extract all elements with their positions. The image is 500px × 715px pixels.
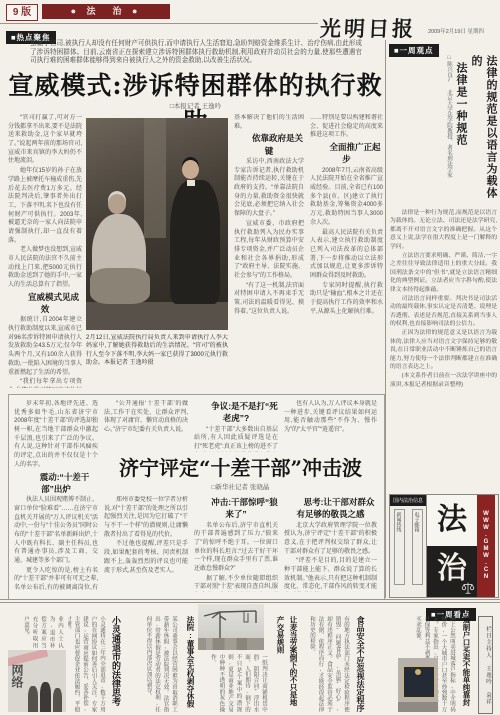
subhead-shock-list: 震动:“十差干部”出炉: [14, 471, 98, 496]
subhead-government-key: 依靠政府是关键: [234, 132, 304, 157]
paragraph: 正因为法律的规范意义是以语言为载体的,法律人应当对语言文字保持足够的敬畏,在日常…: [390, 329, 497, 371]
promo-char-zhi: 治: [427, 546, 477, 597]
paragraph: 最高人民法院有关负责人表示,建立执行救助制度已列入司法改革的总体部署,下一步将推…: [310, 229, 383, 281]
subhead-reflection-awe: 思考:让干部对群众有足够的敬畏之感: [284, 496, 377, 521]
article2-col3-bottom: 冲击:干部惊呼“狼来了” 名单公布后,济宁市直机关的干部普遍感到了压力,“狼来了…: [194, 496, 278, 592]
paragraph: “十差干部”大多数出自基层站所,有人因此质疑评选是在打“死老虎”:真正该上榜的进…: [194, 426, 278, 452]
spot5-headline: 小灵通退市的法律思考: [108, 616, 124, 712]
edition-number: 9 版: [6, 4, 38, 21]
article2-byline: □新华社记者 张晓晶: [104, 482, 377, 491]
masthead-logo: 光明日报: [319, 13, 433, 43]
paragraph: 不过他也提醒,评差只是手段,如果配套的考核、问责机制跟不上,轰轰烈烈的评议也可能…: [104, 540, 188, 575]
paragraph: “有了这一机制,法官面对特困申请人不再束手无策,司法的温暖看得见、摸得着。”这位…: [234, 282, 304, 317]
paragraph: “我们每年拿出专项资金,分期分批对特困申请执行人进行救助。”宣威市人民法院负责人…: [8, 378, 82, 388]
paragraph: 基本解决了他们的生活困难。: [234, 114, 304, 131]
promo-contact-lines: 新闻热线 电子邮箱: [390, 506, 426, 597]
paragraph: 2008年7月,云南省高级人民法院开始在全省推广宣威经验。目前,全省已有100多…: [310, 167, 383, 228]
newspaper-page: 9 版 ● 法 治 ● 光明日报 2009年2月19日 星期四 ■热点聚焦 虽赢…: [0, 0, 500, 715]
article2-col4-top: 也有人认为,万人评议本身就是一种进步,关键看评议结果如何运用,能否触动那些“不作…: [284, 400, 377, 452]
paragraph: 司法语言同样重要。判决书是司法活动的最终载体,事实认定是否清楚、说理是否透彻、表…: [390, 295, 497, 329]
paragraph: “评差不是目的,目的是建立一种干部能上能下、群众说了算的长效机制。”他表示,只有…: [284, 557, 377, 592]
spot4-body: 某公司董事会以经营困难为由取消职工带薪年休假,被法院判决无效。法官指出,带薪休假…: [134, 616, 178, 712]
spot5-body: 小灵通将在三年内全部退市,数千万用户的在网协议如何善后引人关注。专家建议,运营商…: [68, 616, 106, 712]
paragraph: 法律是一种行为规范,而规范是以语言为载体的。无论立法、司法还是法学研究,都离不开…: [390, 209, 497, 251]
weekly-view-headline: 法律的规范是以语言为载体的 法律是一种规范 □陈兴良/ 北京大学法学院教授、著名…: [388, 55, 500, 205]
construction-crane-photo: [198, 604, 264, 650]
scales-of-justice-icon: [461, 581, 475, 595]
paragraph: 更令人吃惊的是,榜上有名的“十差干部”并非可有可无之辈,名单公布后,有的被调离岗…: [14, 567, 98, 592]
article1-col1: “官司打赢了,可对方一分钱都拿不出来,要不是法院送来救助金,这个家早就垮了。”说…: [8, 114, 82, 388]
article2-col2-bottom: 郑州市委党校一位学者分析说,对“十差干部”的处理之所以引起强烈关注,是因为它打破…: [104, 496, 188, 592]
promo-hotline: 新闻热线: [394, 509, 405, 585]
spot4-headline: 法院:董事会无权剥夺休假权: [182, 616, 198, 712]
photo-person: [53, 688, 62, 712]
paragraph: 据了解,不少单位随即组织干部对照“十差”表现自查自纠,服务态度、办事效率明显改观…: [194, 575, 278, 592]
paragraph: 立法语言要求明确、严谨、简洁,一字之差往往导致法律适用上的重大分歧。我国刑法条文…: [390, 252, 497, 294]
promo-title-column: 法 治: [427, 495, 477, 597]
photo-official-collar: [187, 180, 195, 186]
promo-email: 电子邮箱: [412, 509, 423, 585]
photo-woman-lap: [90, 268, 150, 304]
promo-char-fa: 法: [427, 495, 477, 546]
spot1-headline: 遏制户口买卖不能单纯靠封堵: [458, 616, 474, 712]
article2-headline: 济宁评定“十差干部”冲击波: [104, 452, 377, 481]
paragraph: “官司打赢了,可对方一分钱都拿不出来,要不是法院送来救助金,这个家早就垮了。”说…: [8, 114, 82, 166]
article2-col3-top: 争议:是不是打“死老虎”? “十差干部”大多数出自基层站所,有人因此质疑评选是在…: [194, 400, 278, 452]
home-visit-photo: [86, 118, 228, 330]
photo-network-text: 网络: [9, 664, 26, 688]
article1-lede: 虽赢了官司,被执行人却没有任何财产可供执行,而申请执行人生活窘迫,急盼判赔资金维…: [30, 40, 362, 66]
subhead-controversy: 争议:是不是打“死老虎”?: [194, 400, 278, 425]
article2-col1: 岁末年初,各地评先进、选优秀多如牛毛,山东省济宁市2008年度“十差干部”的评选…: [14, 400, 98, 592]
weekly-view-body: 法律是一种行为规范,而规范是以语言为载体的。无论立法、司法还是法学研究,都离不开…: [390, 209, 497, 490]
paragraph: 她年仅15岁的孙子在放学路上被摩托车撞成重伤,先后花去医疗费1万多元。经法院判决…: [8, 167, 82, 245]
paragraph: ……特别是要以构建和谐社会、促进社会稳定的高度来推进这项工作。: [310, 114, 383, 140]
header-rule: [0, 23, 318, 24]
dateline: 2009年2月19日 星期四: [428, 27, 498, 35]
weekly-view-title-main: 法律的规范是以语言为载体的: [468, 55, 498, 205]
paragraph: 据统计,自2004年建立执行救助制度以来,宣威市已对96名涉诉特困申请执行人发放…: [8, 316, 82, 377]
article2-col4-bottom: 思考:让干部对群众有足够的敬畏之感 北京大学政府管理学院一位教授认为,济宁评定“…: [284, 496, 377, 592]
spot2-body: 有的地方执法部门未经法定检验程序便销毁“问题食品”,虽属“好心”,却有违程序正义…: [308, 616, 350, 712]
photo-caption: 2月12日,宣威法院执行局负责人来到申请执行人李大妈家中,了解她获得救助后的生活…: [86, 334, 228, 388]
column-host-strip: 栏目主持人 王逸吟 袁祥: [478, 616, 493, 714]
paragraph: 采访中,西南政法大学专家告诉记者,执行救助机制能否持续运转,关键在于政府的支持。…: [234, 158, 304, 219]
photo-floor: [86, 302, 228, 330]
section-banner: ● 法 治 ●: [42, 4, 170, 19]
bottom-rule-2: [0, 602, 500, 603]
subhead-impact-wolf: 冲击:干部惊呼“狼来了”: [194, 496, 278, 521]
bottom-rule-1: [0, 599, 500, 600]
subhead-xuanwei-results: 宣威模式见成效: [8, 291, 82, 316]
spot3-headline: 让麦当劳案倒下的不只是地产交易规则: [272, 616, 300, 712]
photo-plaque-base: [398, 702, 438, 712]
paragraph: 北京大学政府管理学院一位教授认为,济宁评定“十差干部”的积极意义,在于把评判权交…: [284, 522, 377, 557]
photo-national-emblem: [415, 669, 421, 675]
fazhi-channel-promo: 国内法治信息 新闻热线 电子邮箱 法 治 WWW.GMW.CN: [389, 494, 499, 598]
photo-official: [170, 180, 220, 304]
spot5-body-continued: 业内人士认为,退市补偿方案应当充分听取用户意见。: [10, 616, 64, 648]
promo-info-strip: 国内法治信息 新闻热线 电子邮箱: [390, 495, 427, 597]
paragraph: 执法人员围观赌博不制止、窗口单位“脸难看”……在济宁市直机关开展的“万人评议机关…: [14, 496, 98, 566]
photo-woman-head: [108, 194, 126, 214]
photo-doorframe: [144, 118, 166, 238]
paragraph: 专家同时提醒,执行救助只是“输血”,根本之计还在于提高执行工作的效率和水平,从源…: [310, 282, 383, 317]
photo-official-head: [182, 160, 199, 179]
photo-skyline: [198, 638, 264, 650]
office-plaque-photo: [398, 658, 438, 712]
subhead-promotion-start: 全面推广正起步: [310, 141, 383, 166]
paragraph: (本文系作者日前在一次法学讲座中的演讲,本报记者根据录音整理): [390, 372, 497, 389]
article1-byline: □本报记者 王逸吟: [8, 101, 383, 110]
promo-tab: 国内法治信息: [390, 495, 426, 506]
photo-person: [40, 682, 51, 712]
paragraph: 岁末年初,各地评先进、选优秀多如牛毛,山东省济宁市2008年度“十差干部”的评选…: [14, 400, 98, 470]
paragraph: 宣威市委、市政府把执行救助列入为民办实事工程,每年从财政预算中安排专项资金,并广…: [234, 220, 304, 281]
spot3-body: 一纸判决让商铺租赁中的“阴阳合同”浮出水面。人们期待,倒下的不只是个案中的潜规则…: [204, 654, 268, 712]
spot2-headline: 食品安全不应忽视法定程序: [352, 616, 368, 712]
network-expo-photo: 网络: [8, 650, 66, 712]
weekly-view-title-sub: 法律是一种规范: [453, 55, 468, 205]
paragraph: 也有人认为,万人评议本身就是一种进步,关键看评议结果如何运用,能否触动那些“不作…: [284, 400, 377, 435]
promo-website-url: WWW.GMW.CN: [477, 495, 495, 597]
paragraph: 郑州市委党校一位学者分析说,对“十差干部”的处理之所以引起强烈关注,是因为它打破…: [104, 496, 188, 539]
article1-col5: ……特别是要以构建和谐社会、促进社会稳定的高度来推进这项工作。 全面推广正起步 …: [310, 114, 383, 388]
article1-col4: 基本解决了他们的生活困难。 依靠政府是关键 采访中,西南政法大学专家告诉记者,执…: [234, 114, 304, 388]
photo-person: [28, 686, 38, 712]
paragraph: 名单公布后,济宁市直机关的干部普遍感到了压力,“狼来了”的惊呼不绝于耳。一位窗口…: [194, 522, 278, 574]
sidebar-divider: [385, 40, 386, 598]
article2-col2-top: “公开通报‘十差干部’的做法,工作干在实处、让群众评判,体现了对庸官、懒官动真格…: [104, 400, 188, 452]
weekly-view-author: □陈兴良/ 北京大学法学院教授、著名刑法学家: [444, 55, 453, 205]
paragraph: “公开通报‘十差干部’的做法,工作干在实处、让群众评判,体现了对庸官、懒官动真格…: [104, 400, 188, 435]
paragraph: 老人做梦也没想到,宣威市人民法院的法官不久前主动找上门来,把5000元执行救助金…: [8, 246, 82, 289]
